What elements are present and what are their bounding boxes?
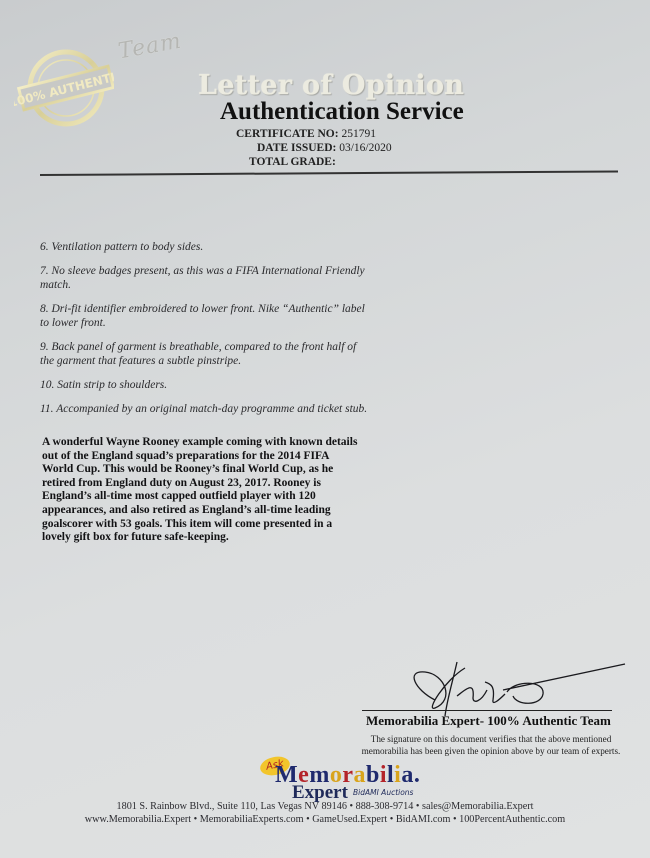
feature-item: 9. Back panel of garment is breathable, … bbox=[40, 340, 370, 368]
feature-item: 10. Satin strip to shoulders. bbox=[40, 378, 370, 392]
feature-item: 8. Dri-fit identifier embroidered to low… bbox=[40, 302, 370, 330]
certificate-number-label: CERTIFICATE NO: bbox=[236, 128, 339, 140]
authentic-seal-icon: 100% AUTHENTIC bbox=[14, 44, 114, 130]
feature-item: 11. Accompanied by an original match-day… bbox=[40, 402, 370, 416]
total-grade-label: TOTAL GRADE: bbox=[249, 156, 336, 168]
logo-letter: i bbox=[394, 762, 401, 789]
logo-letter: a bbox=[353, 762, 366, 789]
document-subtitle: Authentication Service bbox=[220, 98, 464, 126]
signature-note: The signature on this document verifies … bbox=[356, 733, 626, 757]
logo-letter: l bbox=[387, 762, 394, 789]
item-description: A wonderful Wayne Rooney example coming … bbox=[42, 436, 362, 545]
date-issued-label: DATE ISSUED: bbox=[257, 142, 336, 154]
logo-letter: a bbox=[401, 762, 414, 789]
footer-address: 1801 S. Rainbow Blvd., Suite 110, Las Ve… bbox=[0, 801, 650, 812]
logo-letter: b bbox=[366, 762, 380, 789]
total-grade: TOTAL GRADE: bbox=[249, 156, 336, 168]
date-issued: DATE ISSUED: 03/16/2020 bbox=[257, 142, 392, 154]
signature-name: Memorabilia Expert- 100% Authentic Team bbox=[366, 713, 611, 729]
team-label: Team bbox=[116, 29, 183, 65]
header-divider bbox=[40, 170, 618, 176]
signature-icon bbox=[395, 660, 635, 720]
certificate-number-value: 251791 bbox=[341, 128, 376, 140]
logo-bidami-text: BidAMI Auctions bbox=[353, 788, 413, 797]
signature-line bbox=[362, 710, 612, 711]
feature-list: 6. Ventilation pattern to body sides. 7.… bbox=[40, 240, 370, 426]
feature-item: 6. Ventilation pattern to body sides. bbox=[40, 240, 370, 254]
footer-websites: www.Memorabilia.Expert • MemorabiliaExpe… bbox=[0, 814, 650, 825]
certificate-number: CERTIFICATE NO: 251791 bbox=[236, 128, 376, 140]
document-title: Letter of Opinion bbox=[198, 70, 464, 101]
feature-item: 7. No sleeve badges present, as this was… bbox=[40, 264, 370, 292]
logo-letter: . bbox=[414, 762, 421, 789]
logo-letter: i bbox=[380, 762, 387, 789]
date-issued-value: 03/16/2020 bbox=[339, 142, 391, 154]
